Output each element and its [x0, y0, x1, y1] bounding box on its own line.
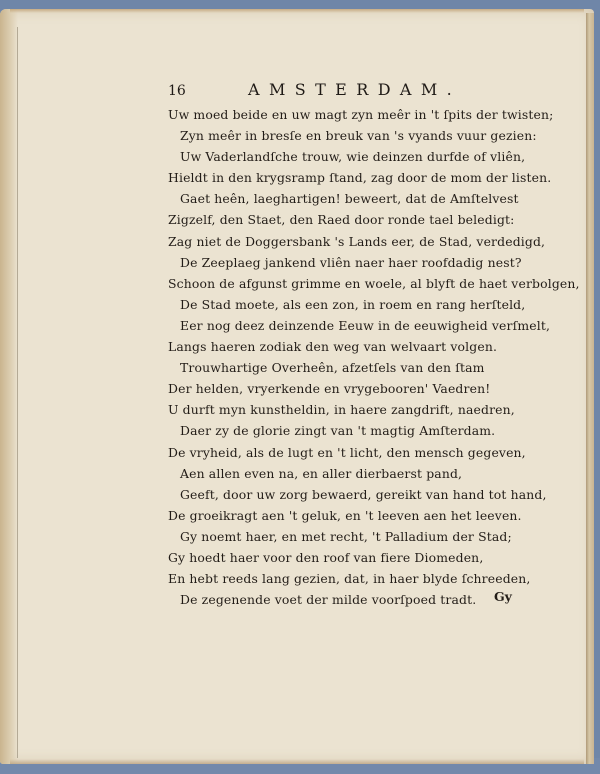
poem-line: De Stad moete, als een zon, in roem en r…: [168, 294, 528, 315]
poem-line: Langs haeren zodiak den weg van welvaart…: [168, 336, 528, 357]
poem-line: Gy hoedt haer voor den roof van fiere Di…: [168, 547, 528, 568]
poem-line: Geeft, door uw zorg bewaerd, gereikt van…: [168, 484, 528, 505]
poem-line: Hieldt in den krygsramp ſtand, zag door …: [168, 167, 528, 188]
poem-line: Zag niet de Doggersbank 's Lands eer, de…: [168, 231, 528, 252]
poem-line: Gaet heên, laeghartigen! beweert, dat de…: [168, 188, 528, 209]
gutter-fold-line: [17, 27, 18, 758]
poem-line: De zegenende voet der milde voorſpoed tr…: [168, 589, 528, 610]
running-head: 16 AMSTERDAM.: [168, 80, 528, 102]
poem-line: Zigzelf, den Staet, den Raed door ronde …: [168, 209, 528, 230]
poem-line: Schoon de afgunst grimme en woele, al bl…: [168, 273, 528, 294]
poem-line: De Zeeplaeg jankend vliên naer haer roof…: [168, 252, 528, 273]
poem-line: Uw Vaderlandſche trouw, wie deinzen durf…: [168, 146, 528, 167]
poem-line: Der helden, vryerkende en vrygebooren' V…: [168, 378, 528, 399]
poem-line: Daer zy de glorie zingt van 't magtig Am…: [168, 420, 528, 441]
poem-line: En hebt reeds lang gezien, dat, in haer …: [168, 568, 528, 589]
poem-line: Eer nog deez deinzende Eeuw in de eeuwig…: [168, 315, 528, 336]
poem-line: Aen allen even na, en aller dierbaerst p…: [168, 463, 528, 484]
poem-body: Uw moed beide en uw magt zyn meêr in 't …: [168, 104, 528, 610]
running-title: AMSTERDAM.: [248, 80, 461, 99]
bottom-edge-stain: [10, 759, 584, 764]
poem-line: Zyn meêr in bresſe en breuk van 's vyand…: [168, 125, 528, 146]
poem-line: De vryheid, als de lugt en 't licht, den…: [168, 442, 528, 463]
top-edge-stain: [10, 9, 584, 13]
poem-line: U durft myn kunstheldin, in haere zangdr…: [168, 399, 528, 420]
poem-line: Uw moed beide en uw magt zyn meêr in 't …: [168, 104, 528, 125]
page-number: 16: [168, 83, 186, 99]
poem-line: De groeikragt aen 't geluk, en 't leeven…: [168, 505, 528, 526]
catchword: Gy: [494, 589, 512, 604]
poem-line: Gy noemt haer, en met recht, 't Palladiu…: [168, 526, 528, 547]
poem-line: Trouwhartige Overheên, afzetſels van den…: [168, 357, 528, 378]
